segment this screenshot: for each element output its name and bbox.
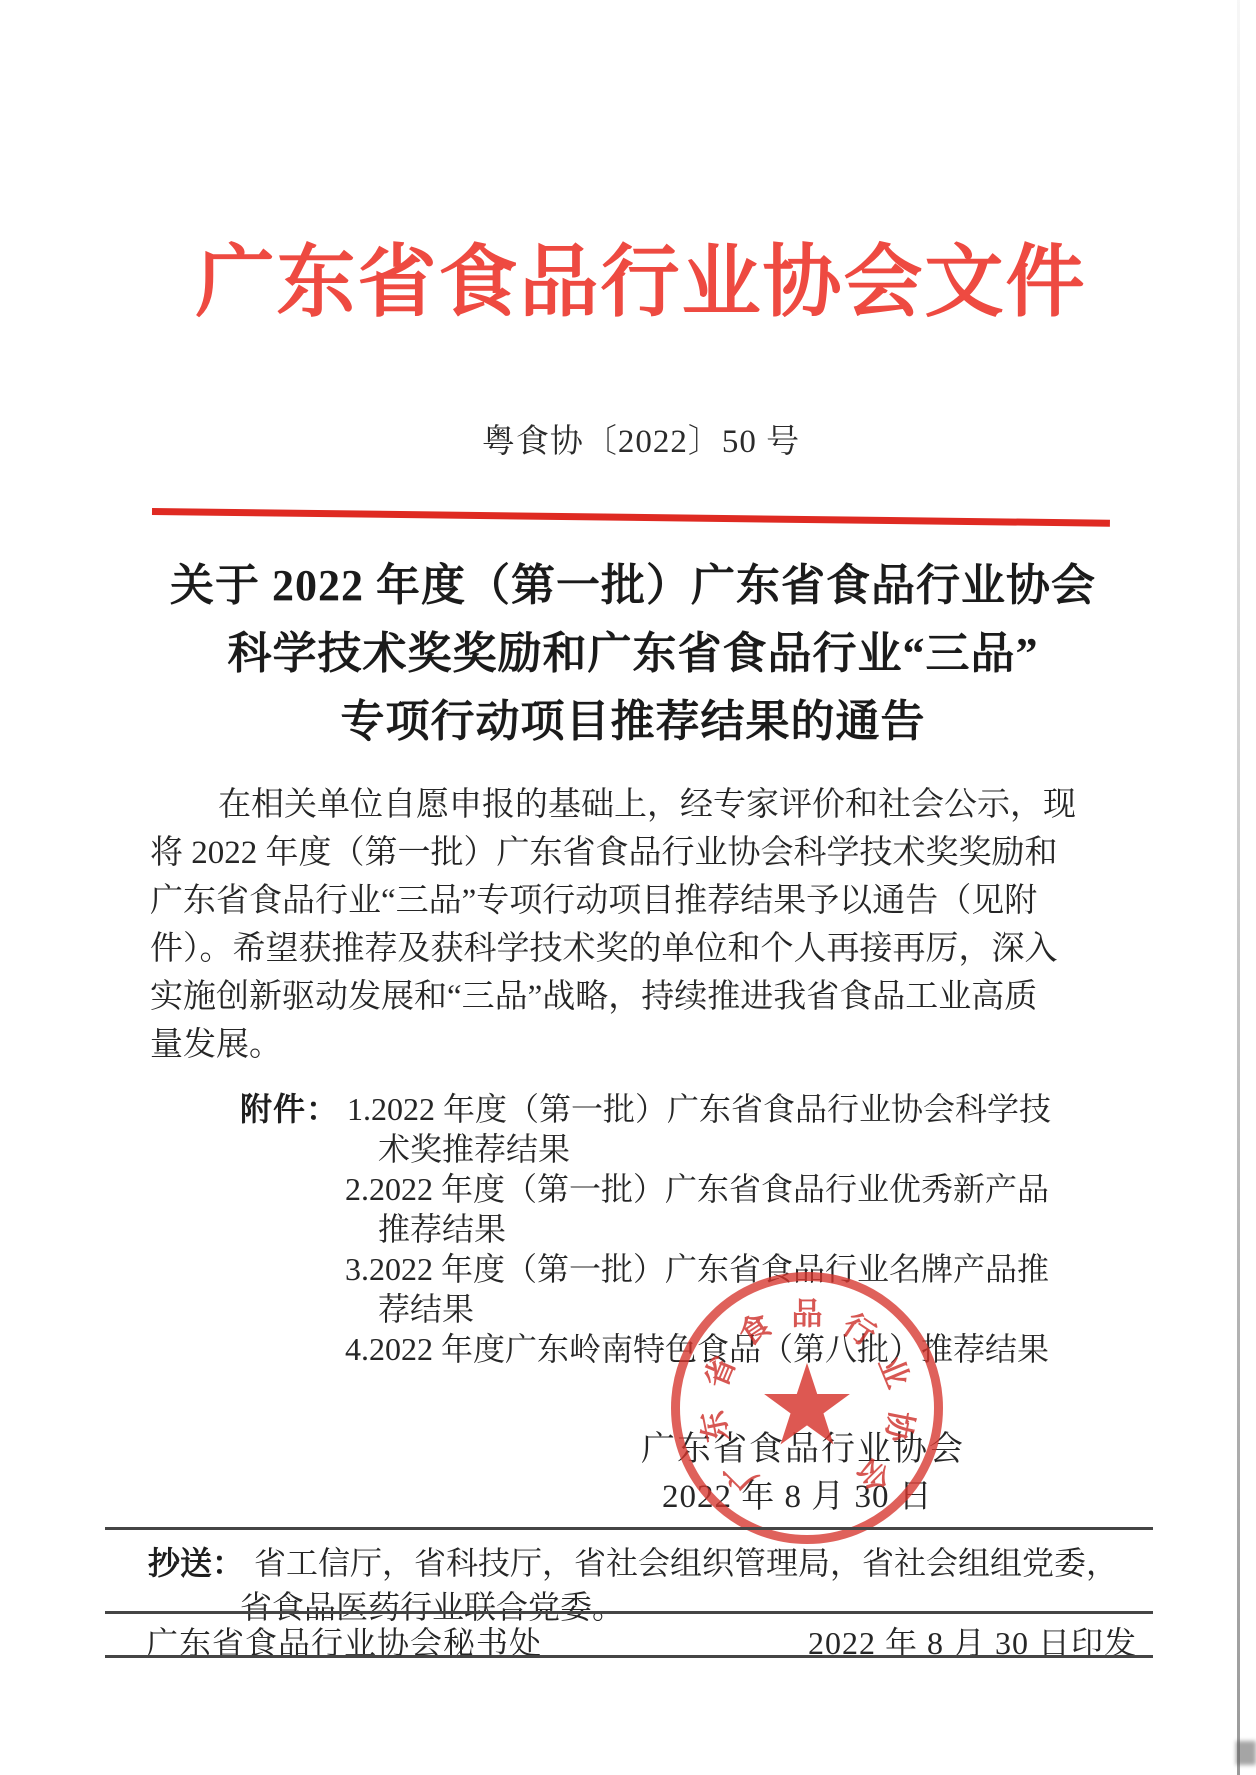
cc-recipients: 省工信厅，省科技厅，省社会组织管理局，省社会组组党委， <box>254 1545 1118 1581</box>
attachment-item-text: 3.2022 年度（第一批）广东省食品行业名牌产品推 <box>345 1250 1049 1288</box>
cc-row: 抄送：省工信厅，省科技厅，省社会组织管理局，省社会组组党委， <box>148 1538 1118 1584</box>
red-divider-line <box>152 508 1110 527</box>
body-line: 将 2022 年度（第一批）广东省食品行业协会科学技术奖奖励和 <box>150 829 1130 877</box>
footer-divider-middle <box>105 1611 1153 1614</box>
body-line: 件）。希望获推荐及获科学技术奖的单位和个人再接再厉，深入 <box>150 925 1130 973</box>
attachment-row: 附件：1.2022 年度（第一批）广东省食品行业协会科学技 <box>240 1090 1051 1128</box>
attachment-item-continuation: 荐结果 <box>378 1290 474 1328</box>
body-line: 广东省食品行业“三品”专项行动项目推荐结果予以通告（见附 <box>150 877 1130 925</box>
notice-body: 在相关单位自愿申报的基础上，经专家评价和社会公示，现 将 2022 年度（第一批… <box>150 781 1130 1069</box>
signature-date: 2022 年 8 月 30 日 <box>662 1470 933 1517</box>
footer-divider-bottom <box>105 1655 1153 1658</box>
scan-artifact-smudge <box>1236 1741 1256 1765</box>
document-number: 粤食协〔2022〕50 号 <box>0 421 1256 463</box>
attachment-item-text: 4.2022 年度广东岭南特色食品（第八批）推荐结果 <box>345 1330 1049 1368</box>
scanned-official-document: 广东省食品行业协会文件 粤食协〔2022〕50 号 关于 2022 年度（第一批… <box>0 0 1256 1775</box>
notice-title-line: 专项行动项目推荐结果的通告 <box>10 688 1256 756</box>
attachment-item-text: 1.2022 年度（第一批）广东省食品行业协会科学技 <box>347 1091 1051 1127</box>
cc-label: 抄送： <box>148 1545 244 1581</box>
body-line: 实施创新驱动发展和“三品”战略，持续推进我省食品工业高质 <box>150 973 1130 1021</box>
attachments-label: 附件： <box>240 1091 339 1127</box>
attachment-item-text: 2.2022 年度（第一批）广东省食品行业优秀新产品 <box>345 1170 1049 1208</box>
seal-arc-character: 品 <box>792 1289 823 1334</box>
notice-title-line: 关于 2022 年度（第一批）广东省食品行业协会 <box>10 552 1256 620</box>
agency-letterhead-title: 广东省食品行业协会文件 <box>0 232 1256 336</box>
body-line: 在相关单位自愿申报的基础上，经专家评价和社会公示，现 <box>150 781 1130 829</box>
scan-artifact-line <box>1237 0 1240 1775</box>
body-line: 量发展。 <box>150 1021 1130 1069</box>
notice-title: 关于 2022 年度（第一批）广东省食品行业协会 科学技术奖奖励和广东省食品行业… <box>0 552 1256 756</box>
signature-organization: 广东省食品行业协会 <box>641 1421 965 1470</box>
footer-divider-top <box>105 1527 1153 1530</box>
attachment-item-continuation: 术奖推荐结果 <box>378 1130 570 1168</box>
attachment-item-continuation: 推荐结果 <box>378 1210 506 1248</box>
notice-title-line: 科学技术奖奖励和广东省食品行业“三品” <box>10 620 1256 688</box>
